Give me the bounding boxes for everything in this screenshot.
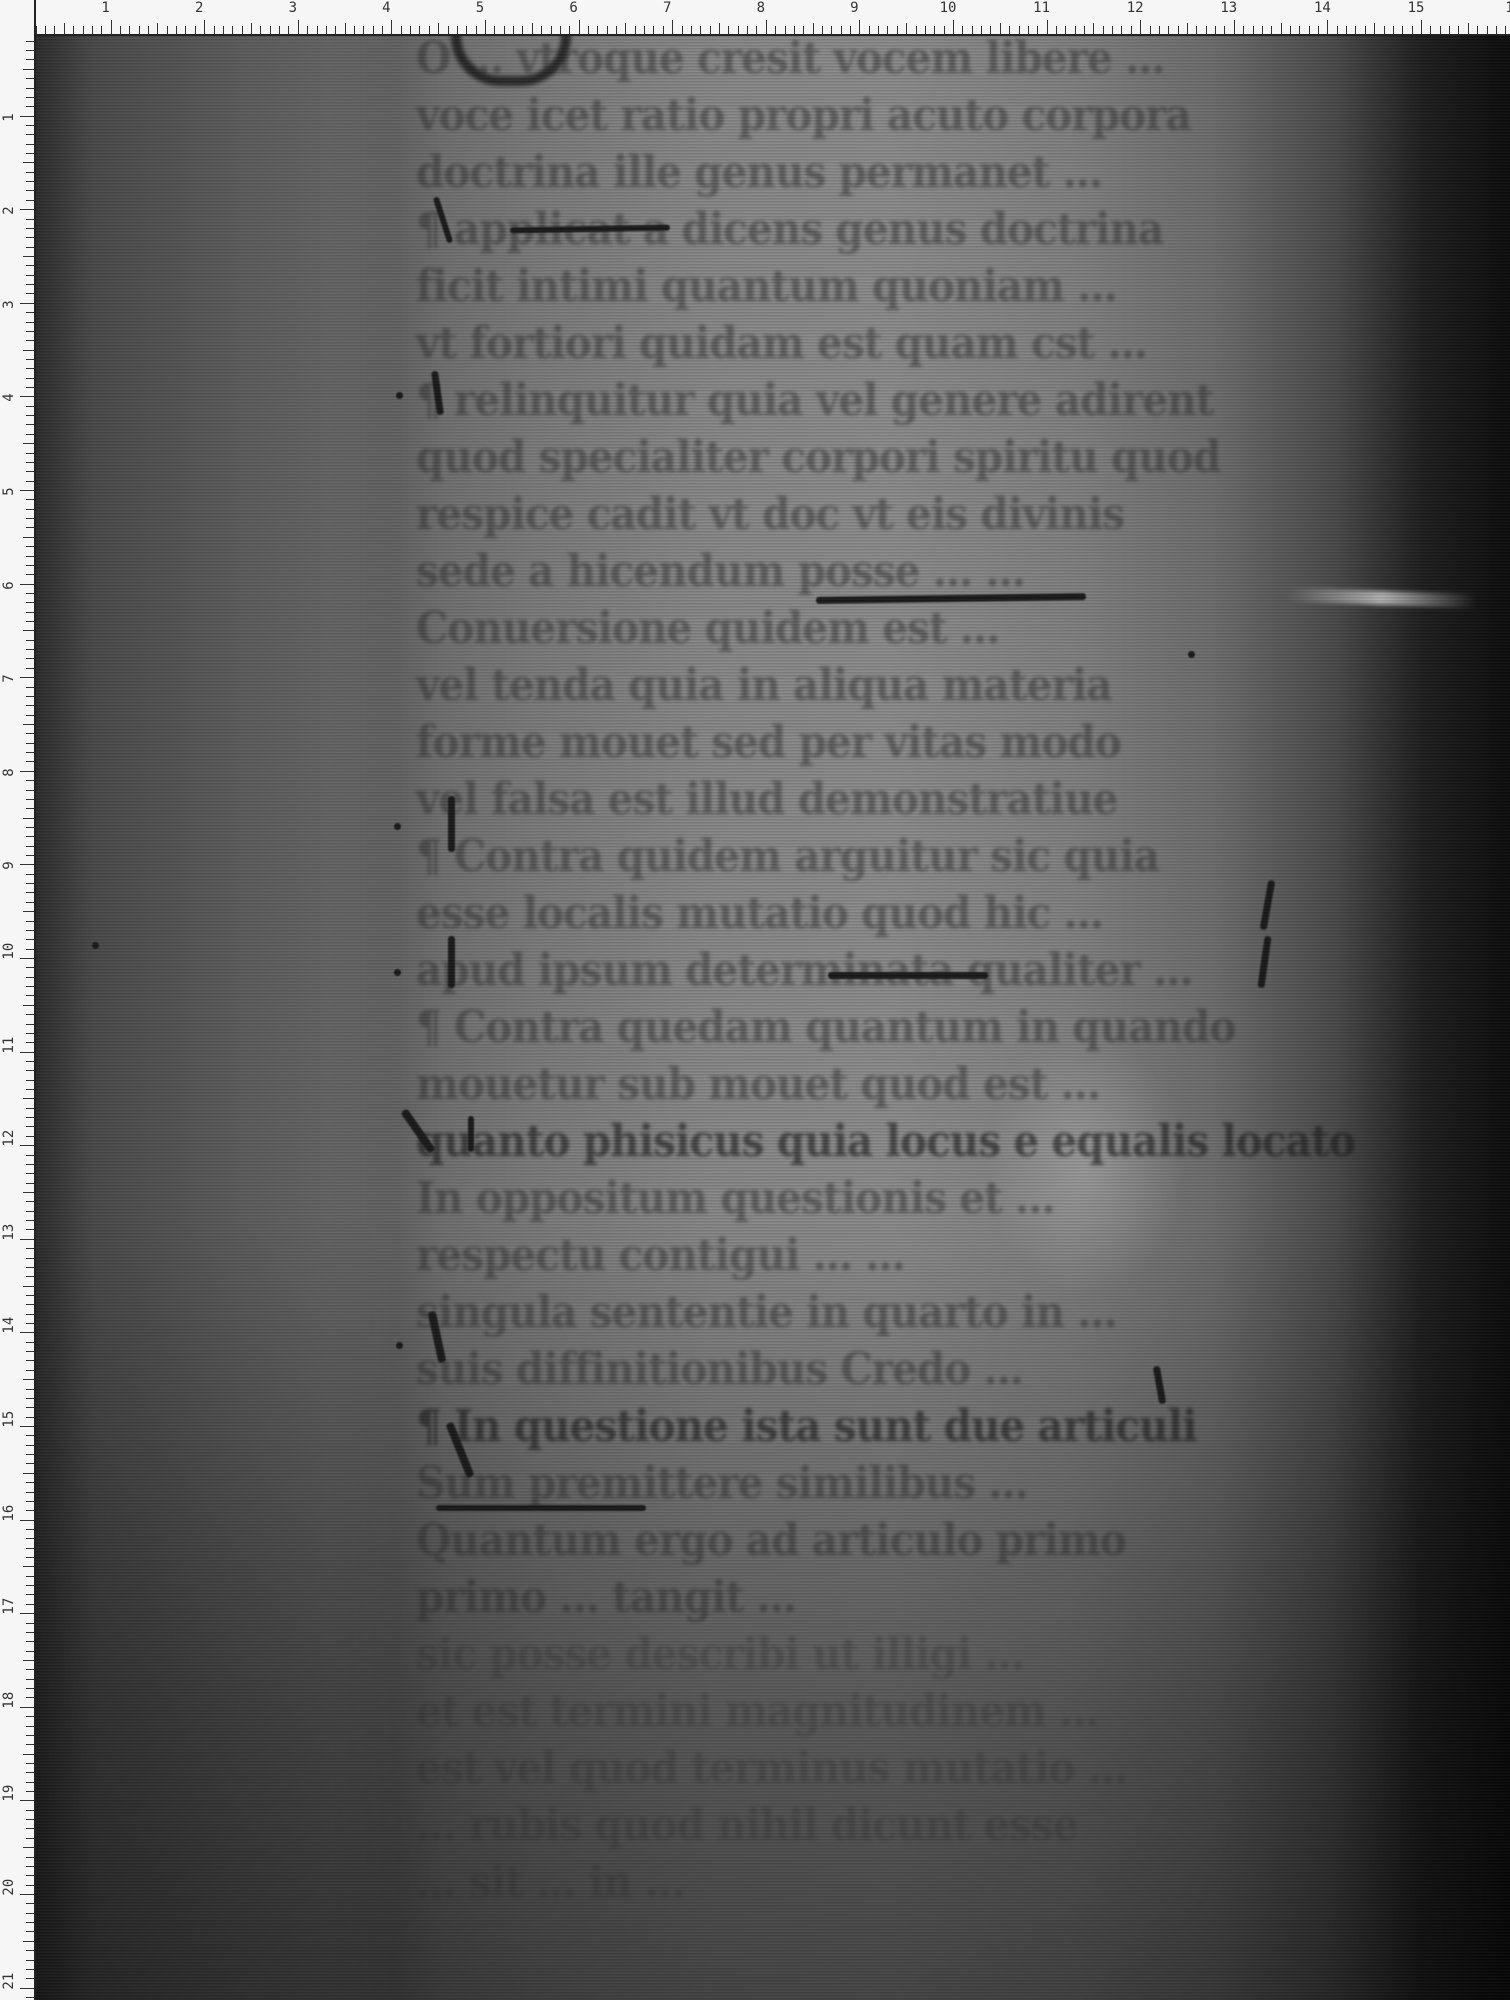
- ruler-tick: [1019, 26, 1020, 34]
- ruler-tick: [20, 396, 34, 397]
- ruler-tick: [26, 518, 34, 519]
- ruler-tick: [26, 1370, 34, 1371]
- manuscript-line: ... sit ... in ...: [416, 1854, 1428, 1911]
- ruler-tick: [569, 26, 570, 34]
- ruler-tick: [1215, 26, 1216, 34]
- ruler-tick: [20, 1426, 34, 1427]
- ruler-tick: [20, 958, 34, 959]
- ruler-tick: [26, 1155, 34, 1156]
- ruler-tick: [26, 658, 34, 659]
- ruler-tick: [26, 125, 34, 126]
- ruler-tick: [111, 20, 112, 34]
- ruler-tick: [139, 26, 140, 34]
- manuscript-line: respectu contigui ... ...: [416, 1227, 1428, 1284]
- ruler-tick: [494, 26, 495, 34]
- ruler-tick: [26, 921, 34, 922]
- ruler-tick: [26, 1360, 34, 1361]
- ruler-tick: [747, 26, 748, 34]
- ruler-tick: [326, 26, 327, 34]
- ruler-tick: [1037, 26, 1038, 34]
- ruler-tick: [26, 331, 34, 332]
- ruler-tick: [26, 1510, 34, 1511]
- ruler-tick: [26, 790, 34, 791]
- ruler-tick: [23, 69, 34, 70]
- ruler-tick: [1440, 26, 1441, 34]
- ruler-tick: [607, 26, 608, 34]
- ruler-tick: [101, 26, 102, 34]
- ruler-tick: [23, 256, 34, 257]
- ruler-tick: [223, 26, 224, 34]
- ruler-label: 21: [1, 1972, 17, 1989]
- ruler-tick: [1271, 26, 1272, 34]
- ruler-tick: [279, 26, 280, 34]
- strike-mark: [828, 972, 988, 979]
- ruler-tick: [1477, 26, 1478, 34]
- ruler-label: 19: [1, 1785, 17, 1802]
- ruler-tick: [23, 1286, 34, 1287]
- manuscript-line: In oppositum questionis et ...: [416, 1170, 1428, 1227]
- ruler-tick: [23, 630, 34, 631]
- ruler-label: 14: [1, 1317, 17, 1334]
- margin-dot: [394, 823, 401, 830]
- ruler-tick: [26, 144, 34, 145]
- ruler-tick: [26, 471, 34, 472]
- ruler-tick: [26, 1716, 34, 1717]
- ruler-tick: [878, 26, 879, 34]
- ruler-tick: [1243, 26, 1244, 34]
- ruler-tick: [26, 134, 34, 135]
- ruler-tick: [26, 1435, 34, 1436]
- manuscript-line: respice cadit vt doc vt eis divinis: [416, 486, 1428, 543]
- ruler-tick: [710, 26, 711, 34]
- margin-dot: [396, 392, 403, 399]
- ruler-tick: [1290, 26, 1291, 34]
- ruler-tick: [23, 1098, 34, 1099]
- ruler-tick: [20, 116, 34, 117]
- ruler-tick: [551, 26, 552, 34]
- ruler-label: 3: [1, 300, 17, 308]
- ruler-tick: [26, 1950, 34, 1951]
- ruler-tick: [26, 1557, 34, 1558]
- ruler-tick: [672, 20, 673, 34]
- ruler-tick: [26, 1351, 34, 1352]
- ruler-label: 11: [1033, 0, 1050, 16]
- ruler-tick: [26, 808, 34, 809]
- ruler-tick: [1234, 20, 1235, 34]
- ruler-tick: [26, 827, 34, 828]
- ruler-label: 5: [476, 0, 484, 16]
- ruler-tick: [635, 26, 636, 34]
- ruler-tick: [26, 1810, 34, 1811]
- ruler-tick: [887, 26, 888, 34]
- manuscript-line: forme mouet sed per vitas modo: [416, 714, 1428, 771]
- ruler-tick: [26, 967, 34, 968]
- ruler-tick: [307, 26, 308, 34]
- manuscript-line: sic posse describi ut illigi ...: [416, 1626, 1428, 1683]
- ruler-tick: [26, 1913, 34, 1914]
- ruler-tick: [288, 26, 289, 34]
- ruler-tick: [26, 846, 34, 847]
- manuscript-line: doctrina ille genus permanet ...: [416, 144, 1428, 201]
- ruler-label: 9: [850, 0, 858, 16]
- ruler-tick: [26, 1576, 34, 1577]
- ruler-label: 12: [1127, 0, 1144, 16]
- ruler-tick: [26, 1454, 34, 1455]
- ruler-tick: [457, 26, 458, 34]
- ruler-tick: [850, 26, 851, 34]
- ruler-tick: [26, 593, 34, 594]
- ruler-tick: [756, 26, 757, 34]
- ruler-tick: [26, 602, 34, 603]
- ruler-tick: [26, 1295, 34, 1296]
- left-ruler: 0123456789101112131415161718192021: [0, 0, 36, 2000]
- ruler-tick: [26, 275, 34, 276]
- ruler-tick: [925, 26, 926, 34]
- ruler-tick: [26, 1744, 34, 1745]
- ruler-tick: [23, 1379, 34, 1380]
- manuscript-line: sede a hicendum posse ... ...: [416, 543, 1428, 600]
- ruler-tick: [26, 181, 34, 182]
- ruler-tick: [20, 1988, 34, 1989]
- ruler-tick: [335, 26, 336, 34]
- ruler-tick: [26, 565, 34, 566]
- ruler-tick: [616, 26, 617, 34]
- ruler-tick: [26, 1220, 34, 1221]
- ruler-tick: [1374, 23, 1375, 34]
- ruler-tick: [26, 715, 34, 716]
- ruler-tick: [26, 312, 34, 313]
- ruler-tick: [1430, 26, 1431, 34]
- ruler-tick: [23, 350, 34, 351]
- ruler-tick: [513, 26, 514, 34]
- ruler-tick: [20, 303, 34, 304]
- ruler-tick: [410, 26, 411, 34]
- ruler-tick: [64, 23, 65, 34]
- ruler-tick: [26, 1267, 34, 1268]
- ruler-tick: [20, 1707, 34, 1708]
- ruler-tick: [26, 892, 34, 893]
- ruler-tick: [232, 26, 233, 34]
- manuscript-line: vel tenda quia in aliqua materia: [416, 657, 1428, 714]
- ruler-tick: [1412, 26, 1413, 34]
- ruler-tick: [26, 1866, 34, 1867]
- ruler-label: 9: [1, 862, 17, 870]
- ruler-tick: [20, 1894, 34, 1895]
- manuscript-line: primo ... tangit ...: [416, 1569, 1428, 1626]
- ruler-tick: [20, 864, 34, 865]
- ruler-tick: [990, 26, 991, 34]
- ruler-tick: [26, 1201, 34, 1202]
- ruler-tick: [1449, 26, 1450, 34]
- ruler-label: 6: [1, 581, 17, 589]
- ruler-tick: [26, 705, 34, 706]
- ruler-tick: [26, 1407, 34, 1408]
- ruler-tick: [26, 1117, 34, 1118]
- ruler-tick: [26, 1304, 34, 1305]
- ruler-tick: [1393, 26, 1394, 34]
- ruler-tick: [26, 434, 34, 435]
- ruler-tick: [26, 883, 34, 884]
- ruler-tick: [26, 743, 34, 744]
- ruler-tick: [26, 874, 34, 875]
- ruler-tick: [26, 1960, 34, 1961]
- ruler-tick: [1084, 26, 1085, 34]
- ruler-tick: [26, 1819, 34, 1820]
- manuscript-line: mouetur sub mouet quod est ...: [416, 1056, 1428, 1113]
- manuscript-line: apud ipsum determinata qualiter ...: [416, 942, 1428, 999]
- ruler-tick: [20, 1613, 34, 1614]
- ruler-tick: [1103, 26, 1104, 34]
- ruler-tick: [26, 78, 34, 79]
- ruler-tick: [373, 26, 374, 34]
- ruler-tick: [1505, 26, 1506, 34]
- ruler-tick: [214, 26, 215, 34]
- ruler-tick: [813, 23, 814, 34]
- ruler-tick: [26, 527, 34, 528]
- ruler-tick: [522, 26, 523, 34]
- ruler-label: 4: [1, 394, 17, 402]
- ruler-tick: [26, 977, 34, 978]
- ruler-tick: [20, 1332, 34, 1333]
- ruler-tick: [242, 26, 243, 34]
- ruler-tick: [26, 172, 34, 173]
- manuscript-line: quanto phisicus quia locus e equalis loc…: [416, 1113, 1428, 1170]
- manuscript-line: Sum premittere similibus ...: [416, 1455, 1428, 1512]
- ruler-tick: [26, 1342, 34, 1343]
- ruler-tick: [803, 26, 804, 34]
- ruler-tick: [26, 1875, 34, 1876]
- ruler-tick: [1327, 20, 1328, 34]
- ruler-tick: [129, 26, 130, 34]
- ruler-tick: [26, 1136, 34, 1137]
- ruler-tick: [26, 88, 34, 89]
- ruler-tick: [644, 26, 645, 34]
- ruler-tick: [1131, 26, 1132, 34]
- ruler-tick: [26, 1679, 34, 1680]
- ruler-tick: [26, 1482, 34, 1483]
- ruler-tick: [26, 359, 34, 360]
- ruler-tick: [26, 415, 34, 416]
- ruler-label: 10: [940, 0, 957, 16]
- ruler-tick: [766, 20, 767, 34]
- ruler-tick: [26, 761, 34, 762]
- ruler-tick: [775, 26, 776, 34]
- ruler-tick: [1309, 26, 1310, 34]
- ruler-tick: [26, 687, 34, 688]
- manuscript-line: est vel quod terminus mutatio ...: [416, 1740, 1428, 1797]
- ruler-tick: [26, 1978, 34, 1979]
- ruler-label: 10: [1, 943, 17, 960]
- ruler-tick: [26, 340, 34, 341]
- ruler-label: 14: [1314, 0, 1331, 16]
- ruler-tick: [26, 1529, 34, 1530]
- ruler-tick: [700, 26, 701, 34]
- ruler-tick: [719, 23, 720, 34]
- ruler-tick: [897, 26, 898, 34]
- ruler-tick: [1196, 26, 1197, 34]
- ruler-tick: [354, 26, 355, 34]
- ruler-tick: [972, 26, 973, 34]
- ruler-tick: [26, 733, 34, 734]
- ruler-tick: [26, 59, 34, 60]
- ruler-tick: [23, 818, 34, 819]
- ruler-tick: [26, 986, 34, 987]
- ruler-tick: [204, 20, 205, 34]
- ruler-tick: [26, 1903, 34, 1904]
- ruler-tick: [26, 1492, 34, 1493]
- ruler-tick: [26, 621, 34, 622]
- ruler-tick: [1075, 26, 1076, 34]
- ruler-tick: [1150, 26, 1151, 34]
- ruler-label: 7: [663, 0, 671, 16]
- ruler-tick: [944, 26, 945, 34]
- ruler-tick: [26, 556, 34, 557]
- ruler-tick: [1224, 26, 1225, 34]
- ruler-tick: [26, 1248, 34, 1249]
- ruler-tick: [23, 1660, 34, 1661]
- ruler-tick: [1281, 23, 1282, 34]
- ruler-tick: [20, 1239, 34, 1240]
- ruler-tick: [20, 771, 34, 772]
- ruler-tick: [26, 1623, 34, 1624]
- ruler-label: 11: [1, 1036, 17, 1053]
- ruler-tick: [691, 26, 692, 34]
- ruler-tick: [20, 584, 34, 585]
- ruler-tick: [26, 649, 34, 650]
- ruler-tick: [26, 799, 34, 800]
- ruler-tick: [1458, 26, 1459, 34]
- ruler-tick: [841, 26, 842, 34]
- ruler-tick: [26, 228, 34, 229]
- ruler-tick: [26, 1828, 34, 1829]
- ruler-tick: [738, 26, 739, 34]
- ruler-tick: [26, 50, 34, 51]
- ruler-tick: [54, 26, 55, 34]
- ruler-tick: [26, 612, 34, 613]
- ruler-tick: [23, 724, 34, 725]
- ruler-tick: [26, 1389, 34, 1390]
- ruler-tick: [438, 23, 439, 34]
- ruler-tick: [23, 1473, 34, 1474]
- top-ruler: 01234567891011121314151: [0, 0, 1510, 36]
- ruler-label: 5: [1, 487, 17, 495]
- ruler-tick: [26, 1061, 34, 1062]
- ruler-tick: [26, 1108, 34, 1109]
- ruler-tick: [195, 26, 196, 34]
- ruler-tick: [26, 1417, 34, 1418]
- ruler-tick: [23, 1192, 34, 1193]
- manuscript-line: quod specialiter corpori spiritu quod: [416, 429, 1428, 486]
- ruler-label: 13: [1220, 0, 1237, 16]
- ruler-tick: [20, 1052, 34, 1053]
- ruler-tick: [23, 1847, 34, 1848]
- ruler-tick: [1065, 26, 1066, 34]
- ruler-tick: [1000, 23, 1001, 34]
- ruler-tick: [20, 1145, 34, 1146]
- ruler-tick: [26, 265, 34, 266]
- ruler-tick: [26, 293, 34, 294]
- ruler-tick: [20, 1520, 34, 1521]
- ruler-tick: [20, 1800, 34, 1801]
- ruler-tick: [794, 26, 795, 34]
- ruler-tick: [953, 20, 954, 34]
- ruler-tick: [476, 26, 477, 34]
- ruler-tick: [785, 26, 786, 34]
- ruler-tick: [1187, 23, 1188, 34]
- ruler-tick: [26, 902, 34, 903]
- ruler-label: 15: [1408, 0, 1425, 16]
- ruler-tick: [831, 26, 832, 34]
- ruler-tick: [653, 26, 654, 34]
- ruler-tick: [26, 1772, 34, 1773]
- ruler-tick: [157, 23, 158, 34]
- margin-dot: [92, 942, 99, 949]
- ruler-tick: [26, 1164, 34, 1165]
- ruler-tick: [26, 949, 34, 950]
- ruler-tick: [26, 219, 34, 220]
- ruler-tick: [26, 1604, 34, 1605]
- ruler-tick: [663, 26, 664, 34]
- ruler-tick: [26, 1314, 34, 1315]
- ruler-tick: [26, 378, 34, 379]
- ruler-label: 1: [1, 113, 17, 121]
- ruler-tick: [1093, 23, 1094, 34]
- ruler-tick: [541, 26, 542, 34]
- ruler-label: 12: [1, 1130, 17, 1147]
- ruler-tick: [1056, 26, 1057, 34]
- ruler-tick: [26, 1229, 34, 1230]
- manuscript-line: voce icet ratio propri acuto corpora: [416, 87, 1428, 144]
- paragraph-mark: [468, 1116, 474, 1152]
- ruler-tick: [26, 1323, 34, 1324]
- ruler-tick: [167, 26, 168, 34]
- ruler-tick: [1468, 23, 1469, 34]
- ruler-tick: [588, 26, 589, 34]
- ruler-tick: [26, 1445, 34, 1446]
- ruler-tick: [934, 26, 935, 34]
- manuscript-line: suis diffinitionibus Credo ...: [416, 1341, 1428, 1398]
- manuscript-line: ¶ In questione ista sunt due articuli: [416, 1398, 1428, 1455]
- ruler-tick: [579, 20, 580, 34]
- ruler-tick: [26, 387, 34, 388]
- ruler-tick: [1337, 26, 1338, 34]
- ruler-tick: [363, 26, 364, 34]
- ruler-tick: [682, 26, 683, 34]
- ruler-label: 6: [569, 0, 577, 16]
- ruler-tick: [1318, 26, 1319, 34]
- ruler-tick: [1206, 26, 1207, 34]
- ruler-tick: [26, 546, 34, 547]
- margin-dot: [394, 969, 401, 976]
- ruler-tick: [83, 26, 84, 34]
- ruler-tick: [45, 26, 46, 34]
- ruler-tick: [1496, 26, 1497, 34]
- ruler-label: 13: [1, 1224, 17, 1241]
- ruler-tick: [26, 1173, 34, 1174]
- ruler-tick: [26, 1585, 34, 1586]
- margin-dot: [396, 1342, 403, 1349]
- manuscript-line: ficit intimi quantum quoniam ...: [416, 258, 1428, 315]
- ruler-tick: [869, 26, 870, 34]
- ruler-tick: [26, 247, 34, 248]
- ruler-tick: [26, 1791, 34, 1792]
- ruler-tick: [26, 406, 34, 407]
- ruler-label: 7: [1, 675, 17, 683]
- ruler-tick: [26, 1782, 34, 1783]
- ruler-label: 4: [382, 0, 390, 16]
- ruler-tick: [26, 780, 34, 781]
- ruler-tick: [1421, 20, 1422, 34]
